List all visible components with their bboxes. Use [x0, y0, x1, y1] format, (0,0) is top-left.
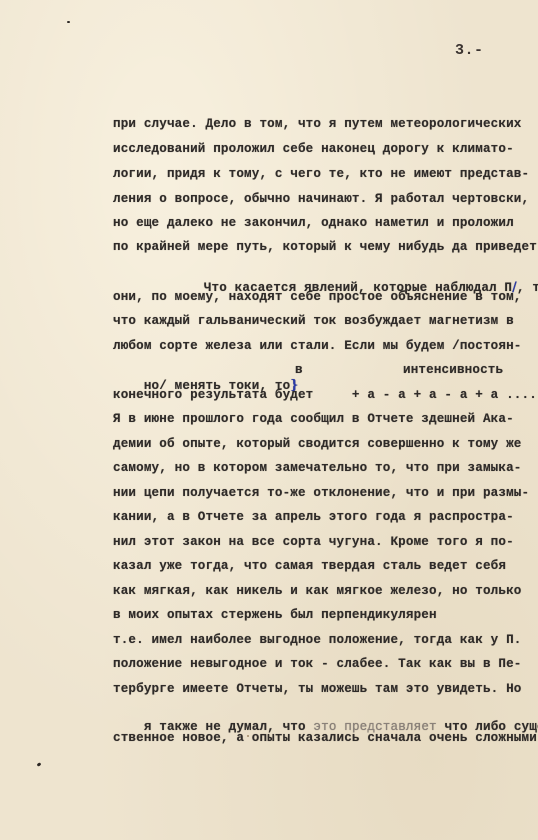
text-line-17: кании, а в Отчете за апрель этого года я…	[113, 510, 514, 524]
text-line-18: нил этот закон на все сорта чугуна. Кром…	[113, 535, 514, 549]
text-line-20: как мягкая, как никель и как мягкое желе…	[113, 584, 522, 598]
text-line-15: самому, но в котором замечательно то, чт…	[113, 461, 522, 475]
text-line-8: они, по моему, находят себе простое объя…	[113, 290, 522, 304]
text-line-3: логии, придя к тому, с чего те, кто не и…	[113, 167, 529, 181]
text-line-1: при случае. Дело в том, что я путем мете…	[113, 117, 522, 131]
text-line-24: тербурге имеете Отчеты, ты можешь там эт…	[113, 682, 522, 696]
text-line-2: исследований проложил себе наконец дорог…	[113, 142, 514, 156]
text-line-19: казал уже тогда, что самая твердая сталь…	[113, 559, 506, 573]
text-line-9: что каждый гальванический ток возбуждает…	[113, 314, 514, 328]
text-line-13: Я в июне прошлого года сообщил в Отчете …	[113, 412, 514, 426]
paper-speck	[37, 762, 42, 767]
text-line-4: ления о вопросе, обычно начинают. Я рабо…	[113, 192, 529, 206]
text-line-5: но еще далеко не закончил, однако намети…	[113, 216, 514, 230]
text-line-26: ственное новое, а опыты казались сначала…	[113, 731, 538, 745]
text-line-10: любом сорте железа или стали. Если мы бу…	[113, 339, 522, 353]
text-line-16: нии цепи получается то-же отклонение, чт…	[113, 486, 529, 500]
paper-speck	[247, 735, 249, 737]
text-line-6: по крайней мере путь, который к чему ниб…	[113, 240, 538, 254]
page-number: 3.-	[455, 42, 484, 59]
text-line-21: в моих опытах стержень был перпендикуляр…	[113, 608, 437, 622]
text-line-23: положение невыгодное и ток - слабее. Так…	[113, 657, 522, 671]
text-line-22: т.е. имел наиболее выгодное положение, т…	[113, 633, 522, 647]
paper-speck	[67, 21, 70, 23]
text-line-14: демии об опыте, который сводится соверше…	[113, 437, 522, 451]
text-line-12: конечного результата будет + а - а + а -…	[113, 388, 537, 402]
document-page: 3.- при случае. Дело в том, что я путем …	[0, 0, 538, 840]
text-line-11-mid: в	[295, 363, 303, 377]
text-line-11-right: интенсивность	[403, 363, 503, 377]
